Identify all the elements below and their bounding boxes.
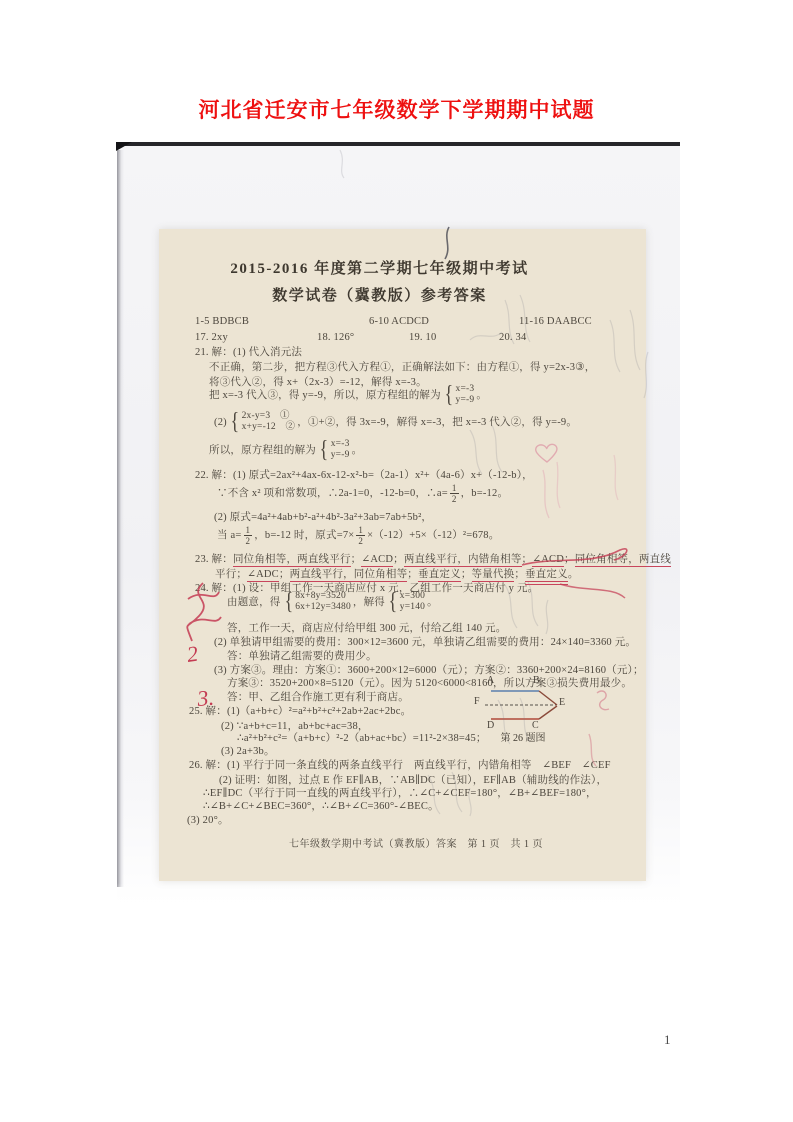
answer-line: 不正确，第二步，把方程③代入方程①，正确解法如下：由方程①，得 y=2x-3③，: [209, 361, 634, 374]
text-segment: ；: [564, 554, 575, 565]
answer-line: 所以，原方程组的解为{x=-3y=-9。: [209, 437, 634, 463]
text-segment: x=-3: [456, 384, 475, 395]
equation-rows: x=-3y=-9: [331, 439, 350, 461]
equation-system: {8x+8y=35206x+12y=3480: [283, 590, 351, 614]
choice-answers-6-10: 6-10 ACDCD: [369, 315, 429, 328]
fraction-numerator: 1: [452, 483, 457, 493]
fraction: 12: [356, 525, 365, 546]
figure-label-a: A: [487, 675, 494, 686]
text-segment: ；: [514, 569, 525, 580]
answer-19: 19. 10: [409, 331, 436, 344]
text-segment: x=-3: [331, 439, 350, 450]
fraction-denominator: 2: [450, 493, 459, 504]
red-underlined-phrase: ∠ACD: [532, 554, 564, 567]
sheet-heading-line1: 2015-2016 年度第二学期七年级期中考试: [159, 263, 600, 276]
text-segment: y=140: [400, 602, 425, 613]
equation-system: {x=300y=140: [387, 590, 425, 614]
text-segment: y=-9: [456, 395, 475, 406]
answer-line: 26. 解：(1) 平行于同一条直线的两条直线平行 两直线平行，内错角相等 ∠B…: [189, 759, 634, 772]
answer-line: ∵不含 x² 项和常数项，∴2a-1=0，-12-b=0，∴a=12，b=-12…: [217, 481, 634, 505]
answer-line: 答：单独请乙组需要的费用少。: [227, 650, 634, 663]
scanned-photo: 2015-2016 年度第二学期七年级期中考试 数学试卷（冀教版）参考答案 1-…: [117, 142, 680, 909]
text-segment: (2): [214, 416, 227, 429]
choice-answers-1-5: 1-5 BDBCB: [195, 315, 249, 328]
text-segment: 把 x=-3 代入③，得 y=-9，所以，原方程组的解为: [209, 389, 441, 402]
equation-system: {x=-3y=-9: [318, 438, 350, 462]
equation-system: {x=-3y=-9: [443, 383, 475, 407]
text-segment: ，b=-12。: [461, 487, 509, 500]
answer-line: (2) 单独请甲组需要的费用：300×12=3600 元，单独请乙组需要的费用：…: [214, 636, 634, 649]
equation-system: {2x-y=3 ①x+y=-12 ②: [229, 410, 295, 434]
text-segment: 8x+8y=3520: [295, 591, 351, 602]
figure-label-e: E: [559, 697, 565, 708]
text-segment: ；: [407, 569, 418, 580]
fraction: 12: [450, 483, 459, 504]
brace: {: [388, 590, 397, 614]
text-segment: ×（-12）+5×（-12）²=678。: [367, 529, 499, 542]
brace: {: [230, 410, 239, 434]
fraction-denominator: 2: [244, 535, 253, 546]
text-segment: ；: [522, 554, 533, 565]
answer-line: ∴EF∥DC（平行于同一直线的两直线平行），∴∠C+∠CEF=180°，∠B+∠…: [203, 787, 634, 800]
answer-line: 由题意，得{8x+8y=35206x+12y=3480，解得{x=300y=14…: [227, 589, 634, 615]
sheet-heading-line2: 数学试卷（冀教版）参考答案: [159, 290, 600, 303]
red-underlined-phrase: 同位角相等，两直线: [575, 554, 671, 567]
choice-answers-11-16: 11-16 DAABCC: [519, 315, 592, 328]
sheet-footer: 七年级数学期中考试（冀教版）答案 第 1 页 共 1 页: [289, 838, 634, 851]
equation-rows: x=300y=140: [400, 591, 425, 613]
text-segment: 。: [427, 596, 438, 609]
answer-line: (3) 2a+3b。: [221, 745, 634, 758]
answer-20: 20. 34: [499, 331, 526, 344]
text-segment: ；: [279, 569, 290, 580]
red-underlined-phrase: 等量代换: [472, 569, 515, 582]
text-segment: ，b=-12 时，原式=7×: [254, 529, 354, 542]
text-segment: 。: [568, 569, 579, 580]
answer-sheet: 2015-2016 年度第二学期七年级期中考试 数学试卷（冀教版）参考答案 1-…: [159, 229, 646, 881]
fraction: 12: [244, 525, 253, 546]
text-segment: 当 a=: [217, 529, 242, 542]
answer-line: 当 a=12，b=-12 时，原式=7×12×（-12）+5×（-12）²=67…: [217, 523, 634, 547]
fraction-denominator: 2: [356, 535, 365, 546]
answer-line-underlined: 23. 解：同位角相等，两直线平行；∠ACD；两直线平行，内错角相等；∠ACD；…: [195, 553, 634, 566]
answer-line: (2) 证明：如图，过点 E 作 EF∥AB，∵AB∥DC（已知），EF∥AB（…: [219, 774, 634, 787]
red-underlined-phrase: 两直线平行，内错角相等: [404, 554, 522, 567]
text-segment: 23. 解：: [195, 554, 233, 565]
answer-line: ∴∠B+∠C+∠BEC=360°，∴∠B+∠C=360°-∠BEC。: [203, 800, 634, 813]
answer-line: (3) 方案③。理由：方案①：3600+200×12=6000（元）；方案②：3…: [214, 664, 634, 677]
brace: {: [284, 590, 293, 614]
text-segment: 。: [476, 389, 487, 402]
text-segment: 平行；: [215, 569, 247, 580]
answer-line: (2){2x-y=3 ①x+y=-12 ②，①+②，得 3x=-9，解得 x=-…: [214, 409, 634, 435]
figure-caption: 第 26 题图: [477, 729, 569, 744]
page-number: 1: [664, 1032, 671, 1048]
text-segment: ∵不含 x² 项和常数项，∴2a-1=0，-12-b=0，∴a=: [217, 487, 448, 500]
red-underlined-phrase: ∠ACD: [361, 554, 393, 567]
equation-rows: 8x+8y=35206x+12y=3480: [295, 591, 351, 613]
text-segment: 所以，原方程组的解为: [209, 444, 316, 457]
fraction-numerator: 1: [246, 525, 251, 535]
text-segment: 6x+12y=3480: [295, 602, 351, 613]
equation-rows: x=-3y=-9: [456, 384, 475, 406]
text-segment: 。: [352, 444, 363, 457]
figure-label-b: B: [533, 675, 540, 686]
answer-line: 把 x=-3 代入③，得 y=-9，所以，原方程组的解为{x=-3y=-9。: [209, 382, 634, 408]
red-underlined-phrase: 垂直定义: [418, 569, 461, 582]
text-segment: x+y=-12 ②: [242, 422, 296, 433]
text-segment: 由题意，得: [227, 596, 281, 609]
brace: {: [319, 438, 328, 462]
answer-line: 答，工作一天，商店应付给甲组 300 元，付给乙组 140 元。: [227, 622, 634, 635]
equation-rows: 2x-y=3 ①x+y=-12 ②: [242, 411, 296, 433]
fraction-numerator: 1: [358, 525, 363, 535]
text-segment: 2x-y=3 ①: [242, 411, 296, 422]
brace: {: [444, 383, 453, 407]
document-page: { "doc_title": "河北省迁安市七年级数学下学期期中试题", "pa…: [0, 0, 793, 1122]
text-segment: ；: [461, 569, 472, 580]
scan-bottom-fade: [117, 883, 680, 909]
answer-line-underlined: 平行；∠ADC；两直线平行，同位角相等；垂直定义；等量代换；垂直定义。: [215, 568, 634, 581]
figure-label-f: F: [474, 696, 480, 707]
text-segment: ；: [393, 554, 404, 565]
answer-18: 18. 126°: [317, 331, 354, 344]
text-segment: ；: [351, 554, 362, 565]
red-underlined-phrase: 同位角相等，两直线平行: [233, 554, 351, 567]
red-underlined-phrase: ∠ADC: [247, 569, 279, 582]
text-segment: ，解得: [353, 596, 385, 609]
answer-17: 17. 2xy: [195, 331, 228, 344]
text-segment: ，①+②，得 3x=-9，解得 x=-3，把 x=-3 代入②，得 y=-9。: [297, 416, 577, 429]
answer-line: (3) 20°。: [187, 814, 634, 827]
text-segment: x=300: [400, 591, 425, 602]
red-underlined-phrase: 两直线平行，同位角相等: [290, 569, 408, 582]
figure-26: A B F E D C 第 26 题图: [477, 679, 575, 745]
answer-line: 21. 解：(1) 代入消元法: [195, 346, 634, 359]
document-title: 河北省迁安市七年级数学下学期期中试题: [0, 94, 793, 124]
text-segment: y=-9: [331, 450, 350, 461]
